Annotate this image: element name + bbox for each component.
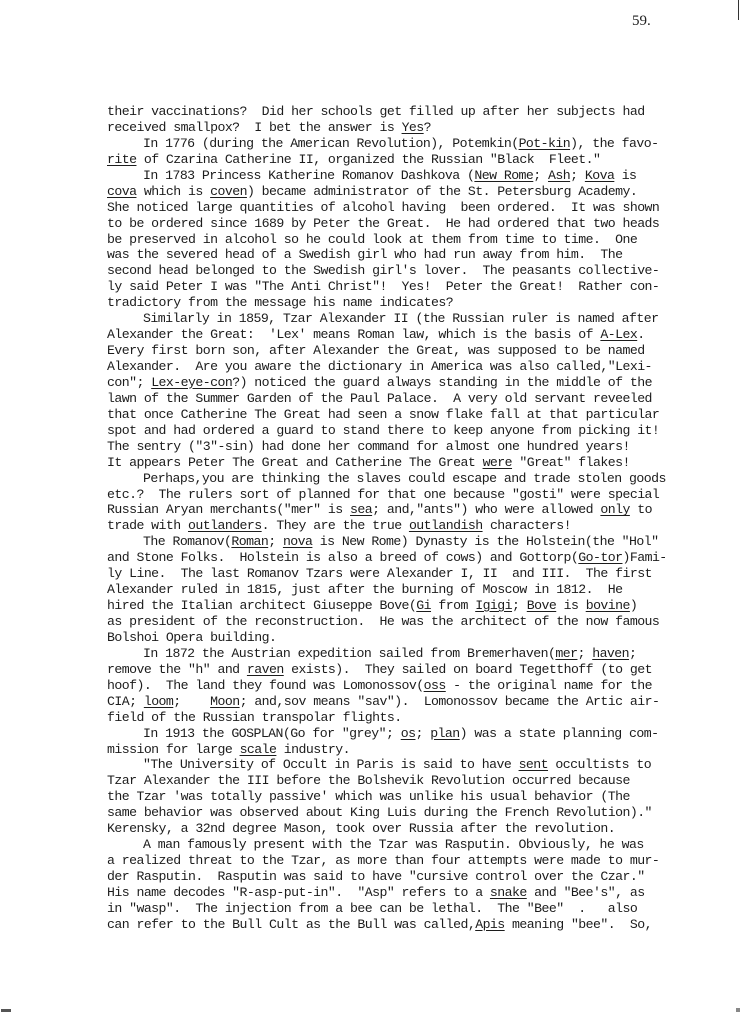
text-segment: and "Bee's", as xyxy=(527,885,645,900)
text-segment: field of the Russian transpolar flights. xyxy=(107,710,402,725)
text-segment: In 1776 (during the American Revolution)… xyxy=(143,136,519,151)
text-segment: der Rasputin. Rasputin was said to have … xyxy=(107,869,645,884)
underlined-word: Kova xyxy=(585,168,614,183)
text-line: con"; Lex-eye-con?) noticed the guard al… xyxy=(107,375,667,391)
text-segment: as president of the reconstruction. He w… xyxy=(107,614,659,629)
text-line: can refer to the Bull Cult as the Bull w… xyxy=(107,917,667,933)
underlined-word: coven xyxy=(210,184,247,199)
text-line: hired the Italian architect Giuseppe Bov… xyxy=(107,598,667,614)
text-segment: ; xyxy=(577,646,592,661)
underlined-word: bovine xyxy=(586,598,630,613)
text-segment: Russian Aryan merchants("mer" is xyxy=(107,502,350,517)
text-segment: industry. xyxy=(276,742,350,757)
text-line: be preserved in alcohol so he could look… xyxy=(107,232,667,248)
underlined-word: rite xyxy=(107,152,136,167)
text-segment: The Romanov( xyxy=(143,534,231,549)
text-segment: spot and had ordered a guard to stand th… xyxy=(107,423,659,438)
text-line: His name decodes "R-asp-put-in". "Asp" r… xyxy=(107,885,667,901)
text-segment: ) became administrator of the St. Peters… xyxy=(247,184,637,199)
text-line: that once Catherine The Great had seen a… xyxy=(107,407,667,423)
text-line: Alexander. Are you aware the dictionary … xyxy=(107,359,667,375)
text-segment: ; xyxy=(512,598,527,613)
underlined-word: os xyxy=(401,726,416,741)
underlined-word: Apis xyxy=(475,917,504,932)
text-line: and Stone Folks. Holstein is also a bree… xyxy=(107,550,667,566)
text-line: mission for large scale industry. xyxy=(107,742,667,758)
text-segment: In 1783 Princess Katherine Romanov Dashk… xyxy=(143,168,474,183)
underlined-word: Bove xyxy=(527,598,556,613)
text-segment: Bolshoi Opera building. xyxy=(107,630,276,645)
text-line: Every first born son, after Alexander th… xyxy=(107,343,667,359)
text-line: in "wasp". The injection from a bee can … xyxy=(107,901,667,917)
text-segment: Alexander the Great: 'Lex' means Roman l… xyxy=(107,327,600,342)
text-segment: con"; xyxy=(107,375,151,390)
text-line: The sentry ("3"-sin) had done her comman… xyxy=(107,439,667,455)
text-segment: in "wasp". The injection from a bee can … xyxy=(107,901,637,916)
text-segment: hired the Italian architect Giuseppe Bov… xyxy=(107,598,416,613)
underlined-word: mer xyxy=(555,646,577,661)
text-line: was the severed head of a Swedish girl w… xyxy=(107,247,667,263)
text-segment: their vaccinations? Did her schools get … xyxy=(107,104,645,119)
text-line: a realized threat to the Tzar, as more t… xyxy=(107,853,667,869)
text-segment: ly said Peter I was "The Anti Christ"! Y… xyxy=(107,279,659,294)
text-segment: Kerensky, a 32nd degree Mason, took over… xyxy=(107,821,615,836)
text-segment: to xyxy=(630,502,652,517)
text-segment: be preserved in alcohol so he could look… xyxy=(107,232,637,247)
underlined-word: outlanders xyxy=(188,518,262,533)
text-segment: mission for large xyxy=(107,742,240,757)
text-line: their vaccinations? Did her schools get … xyxy=(107,104,667,120)
underlined-word: Gi xyxy=(416,598,431,613)
text-segment: was the severed head of a Swedish girl w… xyxy=(107,247,622,262)
scan-artifact-mark xyxy=(1,1009,11,1012)
text-line: Bolshoi Opera building. xyxy=(107,630,667,646)
text-line: remove the "h" and raven exists). They s… xyxy=(107,662,667,678)
underlined-word: oss xyxy=(424,678,446,693)
text-segment: ? xyxy=(424,120,431,135)
text-line: Alexander ruled in 1815, just after the … xyxy=(107,582,667,598)
text-segment: His name decodes "R-asp-put-in". "Asp" r… xyxy=(107,885,490,900)
text-segment: ; xyxy=(629,646,636,661)
text-segment: Every first born son, after Alexander th… xyxy=(107,343,645,358)
text-line: The Romanov(Roman; nova is New Rome) Dyn… xyxy=(107,534,667,550)
text-segment: CIA; xyxy=(107,694,144,709)
text-segment: exists). They sailed on board Tegetthoff… xyxy=(284,662,652,677)
text-segment: She noticed large quantities of alcohol … xyxy=(107,200,659,215)
text-segment: meaning "bee". So, xyxy=(505,917,652,932)
text-line: second head belonged to the Swedish girl… xyxy=(107,263,667,279)
text-line: as president of the reconstruction. He w… xyxy=(107,614,667,630)
underlined-word: haven xyxy=(592,646,629,661)
text-segment: tradictory from the message his name ind… xyxy=(107,295,453,310)
text-segment: . They are the true xyxy=(262,518,409,533)
text-segment: "The University of Occult in Paris is sa… xyxy=(143,757,519,772)
underlined-word: Go-tor xyxy=(578,550,622,565)
scan-artifact-mark xyxy=(736,1008,740,1012)
text-line: Alexander the Great: 'Lex' means Roman l… xyxy=(107,327,667,343)
text-segment: ; and,"ants") who were allowed xyxy=(372,502,600,517)
text-line: hoof). The land they found was Lomonosso… xyxy=(107,678,667,694)
underlined-word: Lex-eye-con xyxy=(151,375,232,390)
underlined-word: only xyxy=(600,502,629,517)
underlined-word: were xyxy=(483,455,512,470)
text-segment: )Fami- xyxy=(622,550,666,565)
text-segment: ; xyxy=(173,694,210,709)
text-line: Perhaps,you are thinking the slaves coul… xyxy=(107,471,667,487)
text-segment: is xyxy=(556,598,585,613)
underlined-word: New Rome xyxy=(474,168,533,183)
text-line: A man famously present with the Tzar was… xyxy=(107,837,667,853)
text-line: same behavior was observed about King Lu… xyxy=(107,805,667,821)
underlined-word: Ash xyxy=(548,168,570,183)
underlined-word: Yes xyxy=(402,120,424,135)
text-segment: a realized threat to the Tzar, as more t… xyxy=(107,853,659,868)
text-segment: from xyxy=(431,598,475,613)
text-segment: ; xyxy=(268,534,283,549)
text-segment: to be ordered since 1689 by Peter the Gr… xyxy=(107,216,659,231)
underlined-word: cova xyxy=(107,184,136,199)
text-segment: Alexander ruled in 1815, just after the … xyxy=(107,582,622,597)
text-segment: remove the "h" and xyxy=(107,662,247,677)
text-segment: . xyxy=(637,327,644,342)
text-segment: of Czarina Catherine II, organized the R… xyxy=(136,152,600,167)
text-segment: ; xyxy=(415,726,430,741)
underlined-word: Igigi xyxy=(475,598,512,613)
text-line: trade with outlanders. They are the true… xyxy=(107,518,667,534)
text-line: received smallpox? I bet the answer is Y… xyxy=(107,120,667,136)
text-line: the Tzar 'was totally passive' which was… xyxy=(107,789,667,805)
text-segment: Tzar Alexander the III before the Bolshe… xyxy=(107,773,630,788)
text-segment: the Tzar 'was totally passive' which was… xyxy=(107,789,630,804)
underlined-word: outlandish xyxy=(409,518,483,533)
text-line: Russian Aryan merchants("mer" is sea; an… xyxy=(107,502,667,518)
text-segment: ly Line. The last Romanov Tzars were Ale… xyxy=(107,566,652,581)
text-segment: characters! xyxy=(483,518,571,533)
text-segment: is New Rome) Dynasty is the Holstein(the… xyxy=(312,534,658,549)
text-line: cova which is coven) became administrato… xyxy=(107,184,667,200)
underlined-word: sent xyxy=(519,757,548,772)
text-segment: In 1913 the GOSPLAN(Go for "grey"; xyxy=(143,726,401,741)
text-line: In 1872 the Austrian expedition sailed f… xyxy=(107,646,667,662)
text-segment: "Great" flakes! xyxy=(512,455,630,470)
text-line: der Rasputin. Rasputin was said to have … xyxy=(107,869,667,885)
text-line: tradictory from the message his name ind… xyxy=(107,295,667,311)
text-line: Similarly in 1859, Tzar Alexander II (th… xyxy=(107,311,667,327)
underlined-word: Moon xyxy=(210,694,239,709)
underlined-word: snake xyxy=(490,885,527,900)
text-line: etc.? The rulers sort of planned for tha… xyxy=(107,487,667,503)
underlined-word: plan xyxy=(430,726,459,741)
text-segment: - the original name for the xyxy=(446,678,652,693)
underlined-word: raven xyxy=(247,662,284,677)
text-segment: ?) noticed the guard always standing in … xyxy=(232,375,652,390)
text-line: lawn of the Summer Garden of the Paul Pa… xyxy=(107,391,667,407)
text-segment: ) xyxy=(630,598,637,613)
text-segment: In 1872 the Austrian expedition sailed f… xyxy=(143,646,555,661)
text-segment: received smallpox? I bet the answer is xyxy=(107,120,402,135)
text-segment: A man famously present with the Tzar was… xyxy=(143,837,644,852)
scan-edge-line xyxy=(738,0,739,20)
text-segment: lawn of the Summer Garden of the Paul Pa… xyxy=(107,391,652,406)
text-line: to be ordered since 1689 by Peter the Gr… xyxy=(107,216,667,232)
text-line: rite of Czarina Catherine II, organized … xyxy=(107,152,667,168)
text-segment: which is xyxy=(136,184,210,199)
text-segment: ) was a state planning com- xyxy=(460,726,659,741)
text-segment: Similarly in 1859, Tzar Alexander II (th… xyxy=(143,311,658,326)
underlined-word: scale xyxy=(240,742,277,757)
underlined-word: sea xyxy=(350,502,372,517)
text-segment: occultists to xyxy=(548,757,651,772)
text-segment: ; xyxy=(570,168,585,183)
text-segment: second head belonged to the Swedish girl… xyxy=(107,263,659,278)
text-segment: etc.? The rulers sort of planned for tha… xyxy=(107,487,659,502)
text-line: ly Line. The last Romanov Tzars were Ale… xyxy=(107,566,667,582)
text-line: "The University of Occult in Paris is sa… xyxy=(107,757,667,773)
text-line: ly said Peter I was "The Anti Christ"! Y… xyxy=(107,279,667,295)
text-segment: hoof). The land they found was Lomonosso… xyxy=(107,678,424,693)
text-segment: ), the favo- xyxy=(570,136,658,151)
text-segment: is xyxy=(614,168,636,183)
underlined-word: loom xyxy=(144,694,173,709)
text-line: In 1776 (during the American Revolution)… xyxy=(107,136,667,152)
text-line: Kerensky, a 32nd degree Mason, took over… xyxy=(107,821,667,837)
underlined-word: nova xyxy=(283,534,312,549)
text-line: Tzar Alexander the III before the Bolshe… xyxy=(107,773,667,789)
text-line: CIA; loom; Moon; and,sov means "sav"). L… xyxy=(107,694,667,710)
text-line: In 1783 Princess Katherine Romanov Dashk… xyxy=(107,168,667,184)
text-line: In 1913 the GOSPLAN(Go for "grey"; os; p… xyxy=(107,726,667,742)
text-segment: that once Catherine The Great had seen a… xyxy=(107,407,659,422)
text-line: spot and had ordered a guard to stand th… xyxy=(107,423,667,439)
underlined-word: Pot-kin xyxy=(519,136,571,151)
text-segment: ; xyxy=(533,168,548,183)
underlined-word: A-Lex xyxy=(600,327,637,342)
text-segment: Alexander. Are you aware the dictionary … xyxy=(107,359,652,374)
text-segment: same behavior was observed about King Lu… xyxy=(107,805,652,820)
text-segment: Perhaps,you are thinking the slaves coul… xyxy=(143,471,666,486)
document-body: their vaccinations? Did her schools get … xyxy=(107,104,667,933)
text-segment: can refer to the Bull Cult as the Bull w… xyxy=(107,917,475,932)
text-segment: ; and,sov means "sav"). Lomonossov becam… xyxy=(240,694,660,709)
text-segment: It appears Peter The Great and Catherine… xyxy=(107,455,483,470)
text-line: field of the Russian transpolar flights. xyxy=(107,710,667,726)
text-line: She noticed large quantities of alcohol … xyxy=(107,200,667,216)
text-line: It appears Peter The Great and Catherine… xyxy=(107,455,667,471)
text-segment: trade with xyxy=(107,518,188,533)
page-number: 59. xyxy=(632,13,651,30)
text-segment: The sentry ("3"-sin) had done her comman… xyxy=(107,439,630,454)
underlined-word: Roman xyxy=(231,534,268,549)
text-segment: and Stone Folks. Holstein is also a bree… xyxy=(107,550,578,565)
